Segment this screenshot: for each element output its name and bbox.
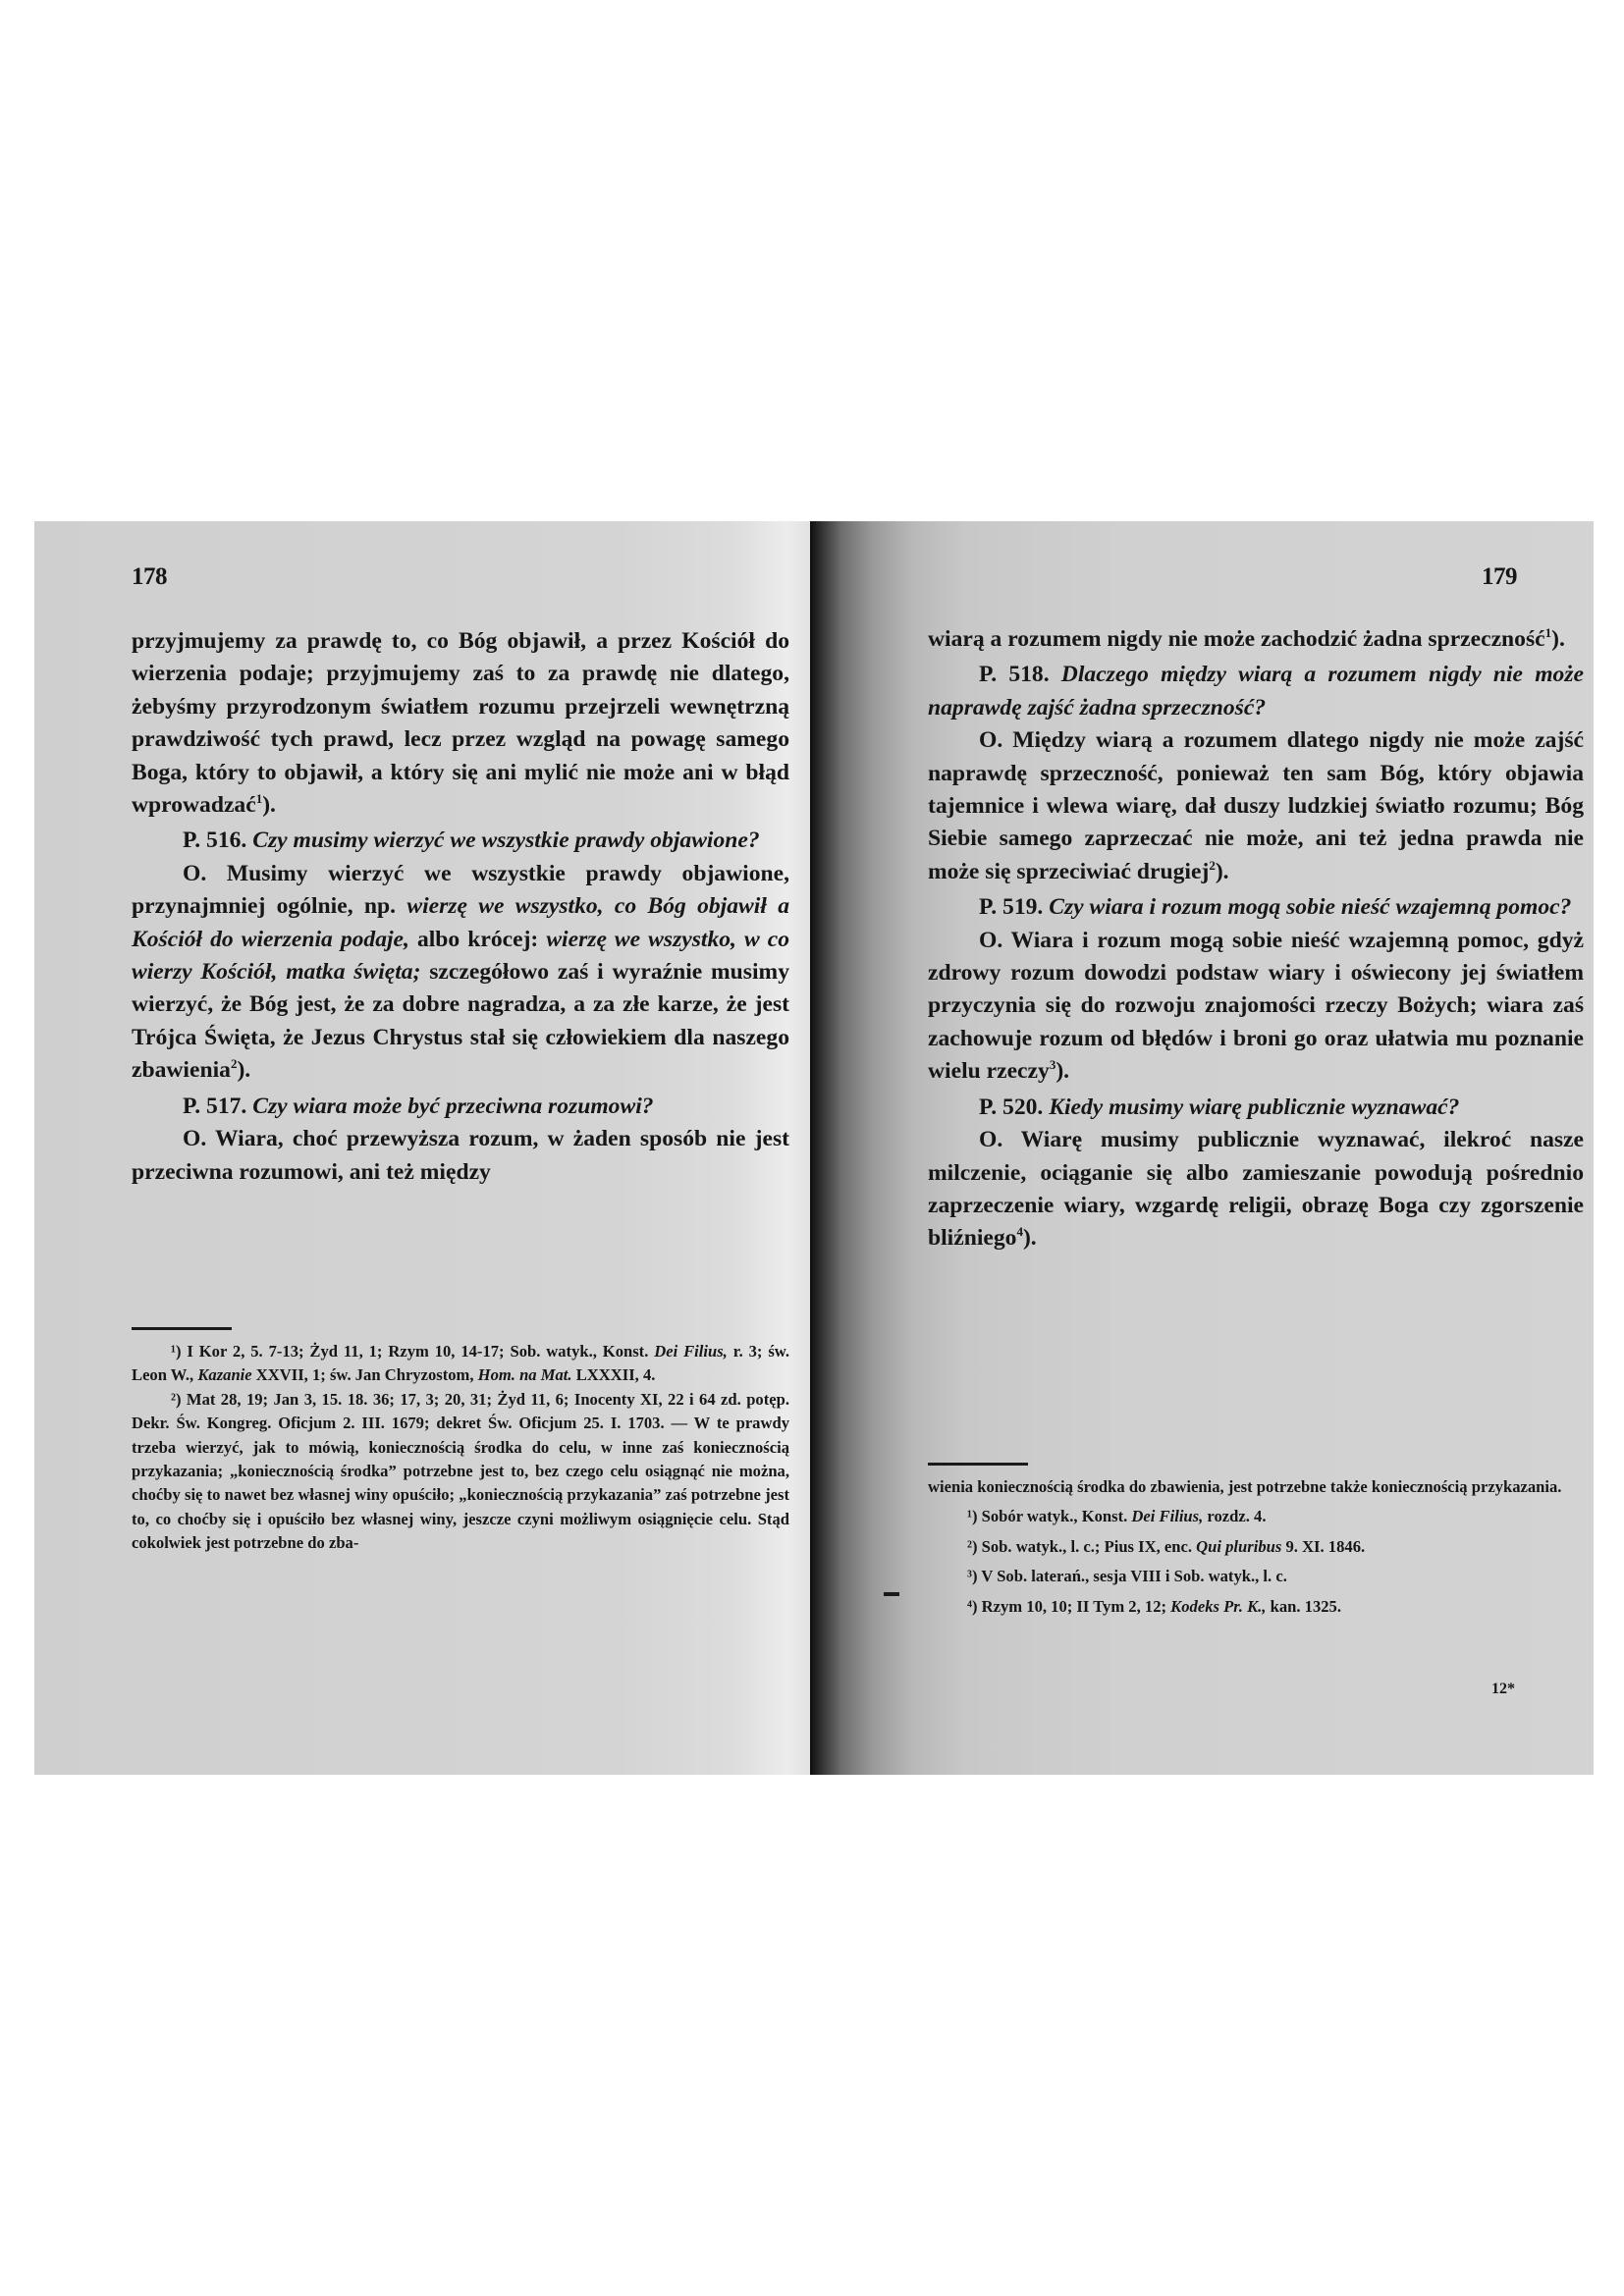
footnote-marker: ²) [171, 1390, 187, 1409]
question-text: Czy musimy wierzyć we wszystkie prawdy o… [252, 828, 759, 853]
footnote-marker: ¹) [171, 1342, 187, 1361]
signature-mark: 12* [1491, 1681, 1515, 1698]
page-number: 179 [1482, 563, 1517, 591]
footnote-text: I Kor 2, 5. 7-13; Żyd 11, 1; Rzym 10, 14… [187, 1342, 654, 1361]
question-paragraph: P. 518. Dlaczego między wiarą a rozumem … [928, 659, 1584, 724]
answer-text: O. Wiara i rozum mogą sobie nieść wzajem… [928, 928, 1584, 1085]
main-text: wiarą a rozumem nigdy nie może zachodzić… [928, 623, 1584, 1255]
punctuation: ). [1023, 1225, 1037, 1251]
footnote-separator [132, 1327, 232, 1330]
punctuation: ). [1551, 626, 1565, 652]
paragraph-text: wiarą a rozumem nigdy nie może zachodzić… [928, 626, 1545, 652]
answer-paragraph: O. Między wiarą a rozumem dlatego nigdy … [928, 724, 1584, 888]
footnote-text: Sob. watyk., l. c.; Pius IX, enc. [982, 1537, 1197, 1556]
continuation-paragraph: przyjmujemy za prawdę to, co Bóg objawił… [132, 625, 789, 822]
footnote-title: Dei Filius, [1131, 1507, 1203, 1525]
punctuation: ). [237, 1057, 250, 1083]
question-text: Czy wiara może być przeciwna rozumowi? [252, 1094, 653, 1119]
footnote-text: Sobór watyk., Konst. [982, 1507, 1132, 1525]
answer-text: albo krócej: [409, 927, 546, 952]
answer-text: O. Między wiarą a rozumem dlatego nigdy … [928, 727, 1584, 884]
question-paragraph: P. 520. Kiedy musimy wiarę publicznie wy… [928, 1092, 1584, 1124]
footnote-title: Kodeks Pr. K., [1170, 1597, 1266, 1616]
answer-paragraph: O. Musimy wierzyć we wszystkie prawdy ob… [132, 858, 789, 1088]
footnote-marker: ³) [967, 1567, 981, 1585]
footnote-text: rozdz. 4. [1203, 1507, 1266, 1525]
footnote-text: Rzym 10, 10; II Tym 2, 12; [982, 1597, 1171, 1616]
footnote: ¹) Sobór watyk., Konst. Dei Filius, rozd… [928, 1505, 1584, 1528]
continuation-paragraph: wiarą a rozumem nigdy nie może zachodzić… [928, 623, 1584, 656]
right-page: 179 wiarą a rozumem nigdy nie może zacho… [810, 521, 1594, 1775]
book-scan: 178 przyjmujemy za prawdę to, co Bóg obj… [34, 521, 1594, 1775]
footnote: ¹) I Kor 2, 5. 7-13; Żyd 11, 1; Rzym 10,… [132, 1340, 789, 1388]
question-paragraph: P. 519. Czy wiara i rozum mogą sobie nie… [928, 891, 1584, 924]
scan-artifact-mark [884, 1592, 899, 1596]
answer-text: O. Wiara, choć przewyższa rozum, w żaden… [132, 1126, 789, 1184]
question-text: Czy wiara i rozum mogą sobie nieść wzaje… [1049, 894, 1571, 920]
footnote-text: V Sob. laterań., sesja VIII i Sob. watyk… [981, 1567, 1286, 1585]
answer-paragraph: O. Wiara, choć przewyższa rozum, w żaden… [132, 1123, 789, 1189]
question-paragraph: P. 516. Czy musimy wierzyć we wszystkie … [132, 825, 789, 857]
question-number: P. 520. [979, 1095, 1049, 1120]
page-number: 178 [132, 563, 167, 591]
punctuation: ). [1056, 1058, 1069, 1084]
footnotes: wienia koniecznością środka do zbawienia… [928, 1475, 1584, 1619]
answer-paragraph: O. Wiarę musimy publicznie wyznawać, ile… [928, 1124, 1584, 1255]
paragraph-text: przyjmujemy za prawdę to, co Bóg objawił… [132, 628, 789, 818]
main-text: przyjmujemy za prawdę to, co Bóg objawił… [132, 625, 789, 1189]
footnotes: ¹) I Kor 2, 5. 7-13; Żyd 11, 1; Rzym 10,… [132, 1340, 789, 1556]
footnote: ²) Mat 28, 19; Jan 3, 15. 18. 36; 17, 3;… [132, 1388, 789, 1556]
punctuation: ). [262, 792, 276, 818]
footnote-title: Dei Filius, [654, 1342, 728, 1361]
footnote-marker: ⁴) [967, 1597, 982, 1616]
punctuation: ). [1216, 859, 1229, 884]
question-paragraph: P. 517. Czy wiara może być przeciwna roz… [132, 1091, 789, 1123]
left-page: 178 przyjmujemy za prawdę to, co Bóg obj… [34, 521, 810, 1775]
footnote: ³) V Sob. laterań., sesja VIII i Sob. wa… [928, 1565, 1584, 1588]
footnote-title: Hom. na Mat. [478, 1365, 572, 1384]
footnote-text: LXXXII, 4. [572, 1365, 656, 1384]
question-number: P. 517. [183, 1094, 252, 1119]
footnote-text: Mat 28, 19; Jan 3, 15. 18. 36; 17, 3; 20… [132, 1390, 789, 1552]
footnote-separator [928, 1463, 1028, 1466]
question-number: P. 516. [183, 828, 252, 853]
footnote-title: Qui pluribus [1196, 1537, 1281, 1556]
footnote-text: 9. XI. 1846. [1281, 1537, 1365, 1556]
footnote: ²) Sob. watyk., l. c.; Pius IX, enc. Qui… [928, 1535, 1584, 1559]
footnote-marker: ¹) [967, 1507, 982, 1525]
footnote-text: XXVII, 1; św. Jan Chryzostom, [252, 1365, 478, 1384]
footnote-text: kan. 1325. [1266, 1597, 1341, 1616]
footnote-continuation: wienia koniecznością środka do zbawienia… [928, 1475, 1584, 1499]
footnote: ⁴) Rzym 10, 10; II Tym 2, 12; Kodeks Pr.… [928, 1595, 1584, 1619]
question-text: Kiedy musimy wiarę publicznie wyznawać? [1049, 1095, 1459, 1120]
answer-paragraph: O. Wiara i rozum mogą sobie nieść wzajem… [928, 925, 1584, 1089]
question-number: P. 518. [979, 662, 1061, 687]
footnote-title: Kazanie [197, 1365, 251, 1384]
question-number: P. 519. [979, 894, 1049, 920]
footnote-marker: ²) [967, 1537, 982, 1556]
